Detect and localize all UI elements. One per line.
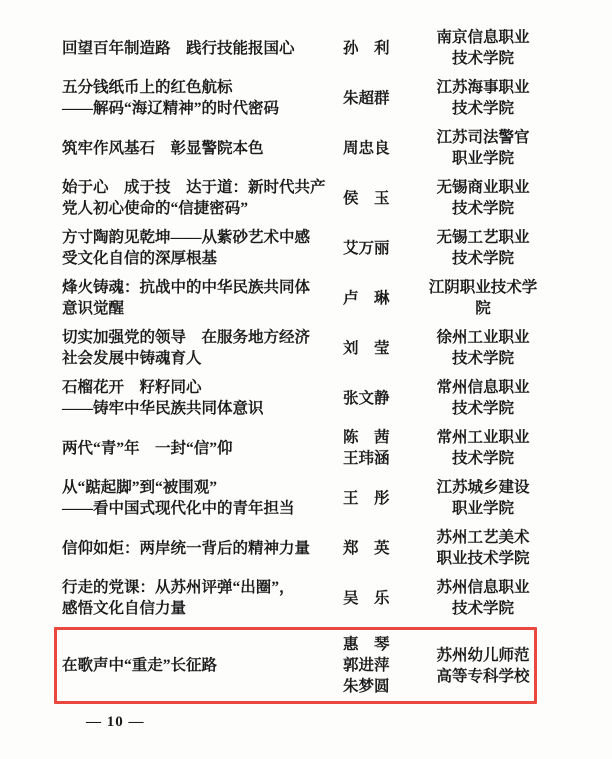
entry-authors: 孙 利 (343, 38, 423, 59)
title-line: 回望百年制造路 践行技能报国心 (62, 38, 343, 59)
page-number: — 10 — (86, 712, 572, 733)
entry-institution: 江苏城乡建设职业学院 (423, 477, 543, 519)
institution-line: 技术学院 (423, 248, 543, 269)
title-line: 在歌声中“重走”长征路 (62, 655, 343, 676)
table-row: 两代“青”年 一封“信”仰 陈 茜王玮涵 常州工业职业技术学院 (62, 427, 572, 469)
title-line: 受文化自信的深厚根基 (62, 248, 343, 269)
entry-institution: 常州信息职业技术学院 (423, 377, 543, 419)
table-row: 行走的党课：从苏州评弹“出圈”，感悟文化自信力量 吴 乐 苏州信息职业技术学院 (62, 577, 572, 619)
entry-title: 方寸陶韵见乾坤——从紫砂艺术中感受文化自信的深厚根基 (62, 227, 343, 269)
institution-line: 江苏城乡建设 (423, 477, 543, 498)
document-page: 回望百年制造路 践行技能报国心 孙 利 南京信息职业技术学院 五分钱纸币上的红色… (0, 0, 612, 759)
table-row: 五分钱纸币上的红色航标——解码“海辽精神”的时代密码 朱超群 江苏海事职业技术学… (62, 77, 572, 119)
entry-title: 信仰如炬：两岸统一背后的精神力量 (62, 538, 343, 559)
entry-institution: 苏州工艺美术职业技术学院 (423, 527, 543, 569)
institution-line: 江苏海事职业 (423, 77, 543, 98)
title-line: 石榴花开 籽籽同心 (62, 377, 343, 398)
entry-title: 两代“青”年 一封“信”仰 (62, 438, 343, 459)
institution-line: 职业技术学院 (423, 548, 543, 569)
table-row: 烽火铸魂：抗战中的中华民族共同体意识觉醒 卢 琳 江阴职业技术学院 (62, 277, 572, 319)
author-name: 朱超群 (343, 88, 423, 109)
title-line: 两代“青”年 一封“信”仰 (62, 438, 343, 459)
entry-institution: 常州工业职业技术学院 (423, 427, 543, 469)
table-row: 石榴花开 籽籽同心——铸牢中华民族共同体意识 张文静 常州信息职业技术学院 (62, 377, 572, 419)
table-row: 方寸陶韵见乾坤——从紫砂艺术中感受文化自信的深厚根基 艾万丽 无锡工艺职业技术学… (62, 227, 572, 269)
institution-line: 南京信息职业 (423, 27, 543, 48)
institution-line: 常州信息职业 (423, 377, 543, 398)
title-line: 信仰如炬：两岸统一背后的精神力量 (62, 538, 343, 559)
entry-title: 始于心 成于技 达于道：新时代共产党人初心使命的“信捷密码” (62, 177, 343, 219)
institution-line: 苏州信息职业 (423, 577, 543, 598)
entry-title: 切实加强党的领导 在服务地方经济社会发展中铸魂育人 (62, 327, 343, 369)
author-name: 周忠良 (343, 138, 423, 159)
table-row-highlighted: 在歌声中“重走”长征路 惠 琴郭进萍朱梦圆 苏州幼儿师范高等专科学校 (54, 627, 537, 704)
entry-institution: 南京信息职业技术学院 (423, 27, 543, 69)
institution-line: 职业学院 (423, 148, 543, 169)
institution-line: 技术学院 (423, 198, 543, 219)
entry-institution: 徐州工业职业技术学院 (423, 327, 543, 369)
institution-line: 徐州工业职业 (423, 327, 543, 348)
institution-line: 苏州工艺美术 (423, 527, 543, 548)
title-line: 五分钱纸币上的红色航标 (62, 77, 343, 98)
title-line: 行走的党课：从苏州评弹“出圈”， (62, 577, 343, 598)
title-line: 党人初心使命的“信捷密码” (62, 198, 343, 219)
author-name: 陈 茜 (343, 427, 423, 448)
table-row: 筑牢作风基石 彰显警院本色 周忠良 江苏司法警官职业学院 (62, 127, 572, 169)
entries-table: 回望百年制造路 践行技能报国心 孙 利 南京信息职业技术学院 五分钱纸币上的红色… (62, 27, 572, 704)
entry-authors: 惠 琴郭进萍朱梦圆 (343, 634, 423, 697)
author-name: 刘 莹 (343, 338, 423, 359)
title-line: 筑牢作风基石 彰显警院本色 (62, 138, 343, 159)
title-line: 感悟文化自信力量 (62, 598, 343, 619)
entry-title: 五分钱纸币上的红色航标——解码“海辽精神”的时代密码 (62, 77, 343, 119)
institution-line: 高等专科学校 (423, 666, 543, 687)
entry-title: 从“踮起脚”到“被围观”——看中国式现代化中的青年担当 (62, 477, 343, 519)
entry-institution: 江阴职业技术学院 (423, 277, 543, 319)
table-row: 从“踮起脚”到“被围观”——看中国式现代化中的青年担当 王 彤 江苏城乡建设职业… (62, 477, 572, 519)
entry-institution: 江苏司法警官职业学院 (423, 127, 543, 169)
table-row: 回望百年制造路 践行技能报国心 孙 利 南京信息职业技术学院 (62, 27, 572, 69)
institution-line: 无锡商业职业 (423, 177, 543, 198)
entry-title: 筑牢作风基石 彰显警院本色 (62, 138, 343, 159)
entry-authors: 郑 英 (343, 538, 423, 559)
author-name: 侯 玉 (343, 188, 423, 209)
entry-authors: 陈 茜王玮涵 (343, 427, 423, 469)
author-name: 吴 乐 (343, 588, 423, 609)
entry-title: 回望百年制造路 践行技能报国心 (62, 38, 343, 59)
author-name: 张文静 (343, 388, 423, 409)
author-name: 郑 英 (343, 538, 423, 559)
title-line: ——解码“海辽精神”的时代密码 (62, 98, 343, 119)
institution-line: 技术学院 (423, 598, 543, 619)
entry-title: 石榴花开 籽籽同心——铸牢中华民族共同体意识 (62, 377, 343, 419)
institution-line: 无锡工艺职业 (423, 227, 543, 248)
entry-title: 行走的党课：从苏州评弹“出圈”，感悟文化自信力量 (62, 577, 343, 619)
author-name: 朱梦圆 (343, 676, 423, 697)
entry-institution: 苏州幼儿师范高等专科学校 (423, 645, 543, 687)
table-row: 始于心 成于技 达于道：新时代共产党人初心使命的“信捷密码” 侯 玉 无锡商业职… (62, 177, 572, 219)
entry-authors: 刘 莹 (343, 338, 423, 359)
title-line: 从“踮起脚”到“被围观” (62, 477, 343, 498)
entry-institution: 无锡工艺职业技术学院 (423, 227, 543, 269)
entry-institution: 无锡商业职业技术学院 (423, 177, 543, 219)
title-line: 社会发展中铸魂育人 (62, 348, 343, 369)
author-name: 郭进萍 (343, 655, 423, 676)
institution-line: 江苏司法警官 (423, 127, 543, 148)
entry-authors: 王 彤 (343, 488, 423, 509)
entry-authors: 吴 乐 (343, 588, 423, 609)
entry-authors: 侯 玉 (343, 188, 423, 209)
entry-authors: 周忠良 (343, 138, 423, 159)
title-line: ——铸牢中华民族共同体意识 (62, 398, 343, 419)
institution-line: 技术学院 (423, 398, 543, 419)
entry-authors: 卢 琳 (343, 288, 423, 309)
author-name: 艾万丽 (343, 238, 423, 259)
institution-line: 苏州幼儿师范 (423, 645, 543, 666)
institution-line: 技术学院 (423, 48, 543, 69)
entry-institution: 苏州信息职业技术学院 (423, 577, 543, 619)
author-name: 孙 利 (343, 38, 423, 59)
entry-title: 在歌声中“重走”长征路 (62, 655, 343, 676)
title-line: ——看中国式现代化中的青年担当 (62, 498, 343, 519)
institution-line: 江阴职业技术学院 (423, 277, 543, 319)
title-line: 烽火铸魂：抗战中的中华民族共同体 (62, 277, 343, 298)
title-line: 意识觉醒 (62, 298, 343, 319)
institution-line: 技术学院 (423, 348, 543, 369)
entry-institution: 江苏海事职业技术学院 (423, 77, 543, 119)
table-row: 切实加强党的领导 在服务地方经济社会发展中铸魂育人 刘 莹 徐州工业职业技术学院 (62, 327, 572, 369)
author-name: 王 彤 (343, 488, 423, 509)
table-row: 信仰如炬：两岸统一背后的精神力量 郑 英 苏州工艺美术职业技术学院 (62, 527, 572, 569)
institution-line: 技术学院 (423, 448, 543, 469)
author-name: 王玮涵 (343, 448, 423, 469)
entry-authors: 艾万丽 (343, 238, 423, 259)
entry-title: 烽火铸魂：抗战中的中华民族共同体意识觉醒 (62, 277, 343, 319)
institution-line: 职业学院 (423, 498, 543, 519)
institution-line: 技术学院 (423, 98, 543, 119)
institution-line: 常州工业职业 (423, 427, 543, 448)
title-line: 方寸陶韵见乾坤——从紫砂艺术中感 (62, 227, 343, 248)
author-name: 惠 琴 (343, 634, 423, 655)
title-line: 切实加强党的领导 在服务地方经济 (62, 327, 343, 348)
entry-authors: 张文静 (343, 388, 423, 409)
entry-authors: 朱超群 (343, 88, 423, 109)
title-line: 始于心 成于技 达于道：新时代共产 (62, 177, 343, 198)
author-name: 卢 琳 (343, 288, 423, 309)
